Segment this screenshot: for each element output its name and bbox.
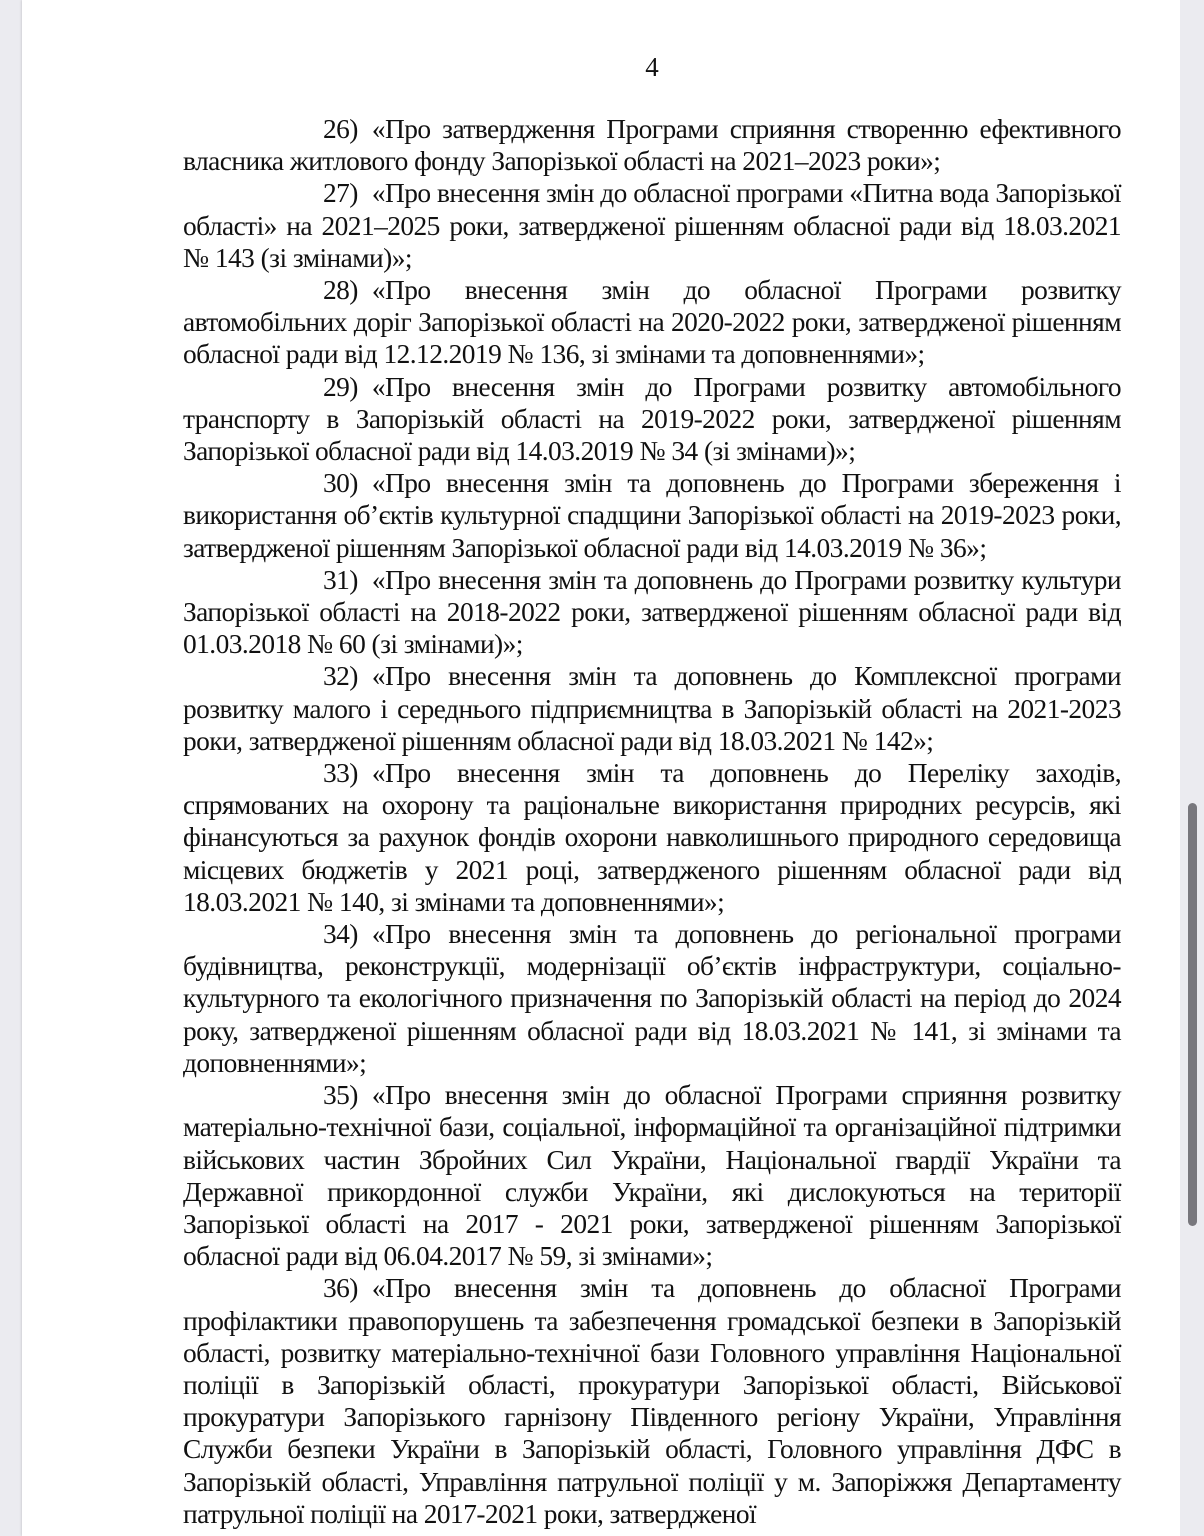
list-item-32: 32)«Про внесення змін та доповнень до Ко… bbox=[183, 660, 1121, 757]
item-number: 35) bbox=[253, 1079, 358, 1111]
item-number: 30) bbox=[253, 467, 358, 499]
item-number: 28) bbox=[253, 274, 358, 306]
item-number: 31) bbox=[253, 564, 358, 596]
list-item-36: 36)«Про внесення змін та доповнень до об… bbox=[183, 1272, 1121, 1530]
document-viewer: 4 26)«Про затвердження Програми сприяння… bbox=[0, 0, 1204, 1536]
item-number: 36) bbox=[253, 1272, 358, 1304]
list-item-26: 26)«Про затвердження Програми сприяння с… bbox=[183, 113, 1121, 177]
item-number: 34) bbox=[253, 918, 358, 950]
item-number: 32) bbox=[253, 660, 358, 692]
list-item-27: 27)«Про внесення змін до обласної програ… bbox=[183, 177, 1121, 274]
list-item-29: 29)«Про внесення змін до Програми розвит… bbox=[183, 371, 1121, 468]
item-number: 27) bbox=[253, 177, 358, 209]
list-item-33: 33)«Про внесення змін та доповнень до Пе… bbox=[183, 757, 1121, 918]
document-content: 26)«Про затвердження Програми сприяння с… bbox=[183, 113, 1121, 1530]
list-item-30: 30)«Про внесення змін та доповнень до Пр… bbox=[183, 467, 1121, 564]
item-number: 33) bbox=[253, 757, 358, 789]
item-number: 26) bbox=[253, 113, 358, 145]
scrollbar-thumb[interactable] bbox=[1188, 803, 1197, 1226]
item-text: «Про внесення змін та доповнень до облас… bbox=[183, 1273, 1121, 1528]
list-item-28: 28)«Про внесення змін до обласної Програ… bbox=[183, 274, 1121, 371]
item-number: 29) bbox=[253, 371, 358, 403]
list-item-34: 34)«Про внесення змін та доповнень до ре… bbox=[183, 918, 1121, 1079]
scrollbar-track[interactable] bbox=[1180, 0, 1204, 1536]
page-number: 4 bbox=[22, 52, 1204, 83]
document-page: 4 26)«Про затвердження Програми сприяння… bbox=[22, 0, 1180, 1536]
list-item-35: 35)«Про внесення змін до обласної Програ… bbox=[183, 1079, 1121, 1272]
list-item-31: 31)«Про внесення змін та доповнень до Пр… bbox=[183, 564, 1121, 661]
